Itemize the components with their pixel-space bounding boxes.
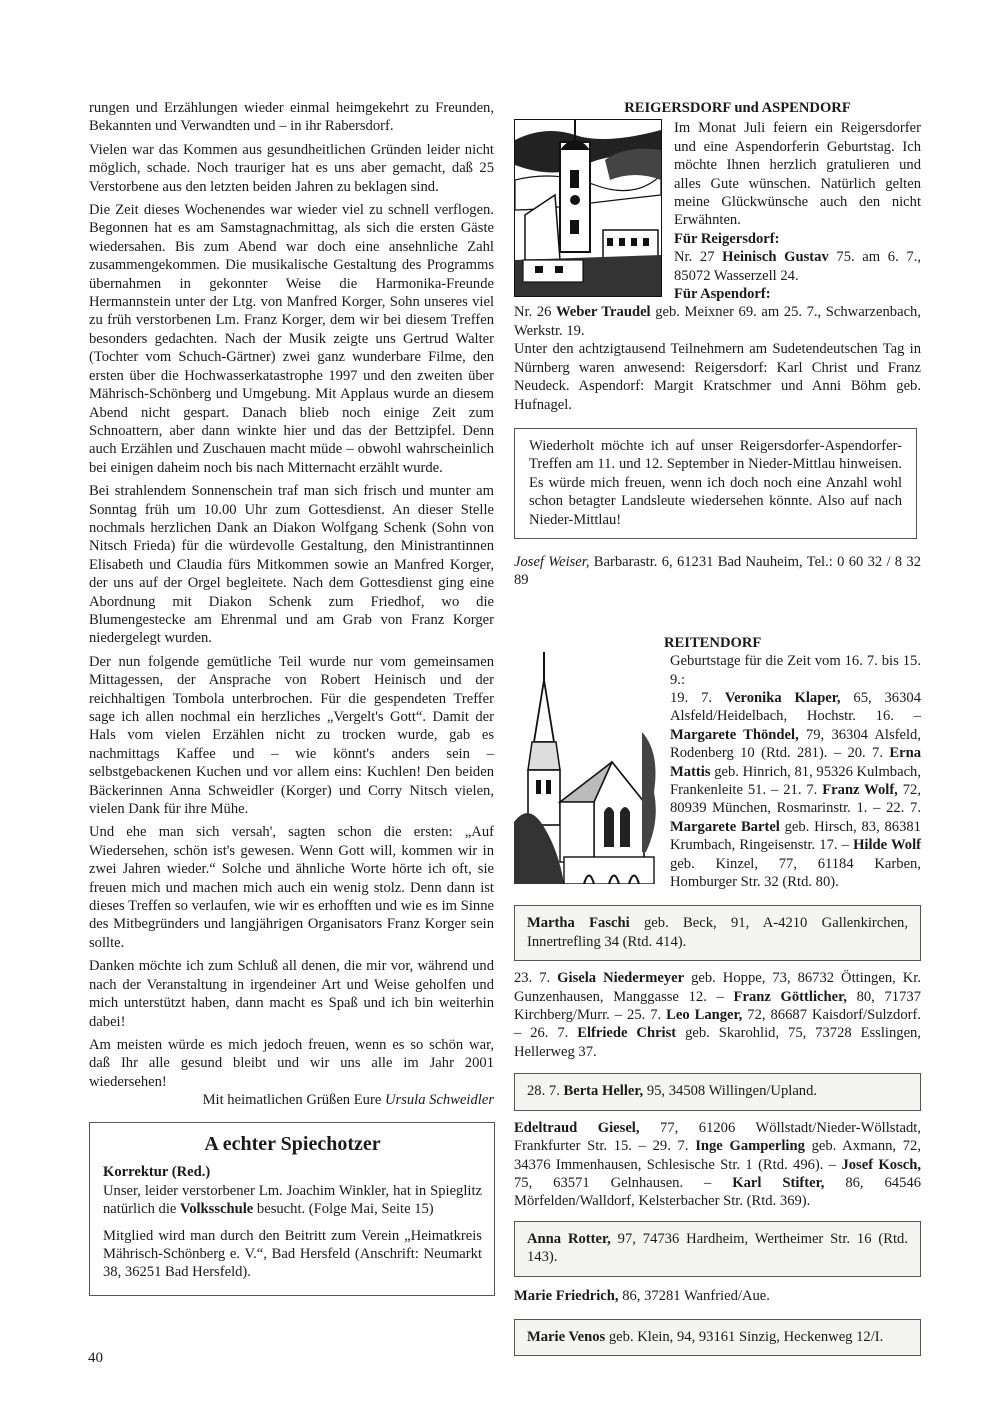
membership-text: Mitglied wird man durch den Beitritt zum… bbox=[103, 1227, 482, 1282]
right-column: REIGERSDORF und ASPENDORF Im Monat Juli … bbox=[514, 99, 921, 1356]
spiechotzer-box: A echter Spiechotzer Korrektur (Red.) Un… bbox=[89, 1122, 495, 1296]
contact-line: Josef Weiser, Barbarastr. 6, 61231 Bad N… bbox=[514, 553, 921, 590]
meeting-notice-box: Wiederholt möchte ich auf unser Reigersd… bbox=[514, 428, 917, 539]
birthday-entry: Nr. 26 Weber Traudel geb. Meixner 69. am… bbox=[514, 303, 921, 340]
meeting-notice-text: Wiederholt möchte ich auf unser Reigersd… bbox=[529, 438, 902, 528]
correction-text: Unser, leider verstorbener Lm. Joachim W… bbox=[103, 1182, 482, 1219]
village-church-illustration bbox=[514, 119, 662, 297]
village-icon bbox=[515, 120, 661, 296]
paragraph: Die Zeit dieses Wochenendes war wieder v… bbox=[89, 201, 494, 477]
closing-line: Mit heimatlichen Grüßen Eure Ursula Schw… bbox=[89, 1091, 494, 1109]
paragraph: Danken möchte ich zum Schluß all denen, … bbox=[89, 957, 494, 1031]
paragraph: Der nun folgende gemütliche Teil wurde n… bbox=[89, 653, 494, 819]
church-illustration bbox=[514, 652, 660, 884]
reitendorf-birthdays-2: 23. 7. Gisela Niedermeyer geb. Hoppe, 73… bbox=[514, 969, 921, 1061]
church-icon bbox=[514, 652, 660, 884]
highlight-box-venos: Marie Venos geb. Klein, 94, 93161 Sinzig… bbox=[514, 1319, 921, 1356]
section-title-reigersdorf: REIGERSDORF und ASPENDORF bbox=[554, 99, 921, 117]
paragraph: rungen und Erzählungen wieder einmal hei… bbox=[89, 99, 494, 136]
closing-text: Mit heimatlichen Grüßen Eure bbox=[203, 1092, 382, 1108]
paragraph: Und ehe man sich versah', sagten schon d… bbox=[89, 823, 494, 952]
author-signature: Ursula Schweidler bbox=[385, 1092, 494, 1108]
paragraph: Vielen war das Kommen aus gesundheitlich… bbox=[89, 141, 494, 196]
highlight-box-heller: 28. 7. Berta Heller, 95, 34508 Willingen… bbox=[514, 1073, 921, 1110]
reitendorf-birthdays-3: Edeltraud Giesel, 77, 61206 Wöllstadt/Ni… bbox=[514, 1119, 921, 1211]
birthday-entry-friedrich: Marie Friedrich, 86, 37281 Wanfried/Aue. bbox=[514, 1287, 921, 1305]
highlight-box-rotter: Anna Rotter, 97, 74736 Hardheim, Werthei… bbox=[514, 1221, 921, 1277]
left-column: rungen und Erzählungen wieder einmal hei… bbox=[89, 99, 494, 1110]
highlight-box-faschi: Martha Faschi geb. Beck, 91, A-4210 Gall… bbox=[514, 905, 921, 961]
paragraph: Am meisten würde es mich jedoch freuen, … bbox=[89, 1036, 494, 1091]
paragraph: Bei strahlendem Sonnenschein traf man si… bbox=[89, 482, 494, 648]
page-number: 40 bbox=[88, 1350, 103, 1367]
box-title: A echter Spiechotzer bbox=[103, 1135, 482, 1153]
section-title-reitendorf: REITENDORF bbox=[664, 634, 921, 652]
box-subtitle: Korrektur (Red.) bbox=[103, 1163, 482, 1181]
sudeten-day-text: Unter den achtzigtausend Teilnehmern am … bbox=[514, 340, 921, 414]
